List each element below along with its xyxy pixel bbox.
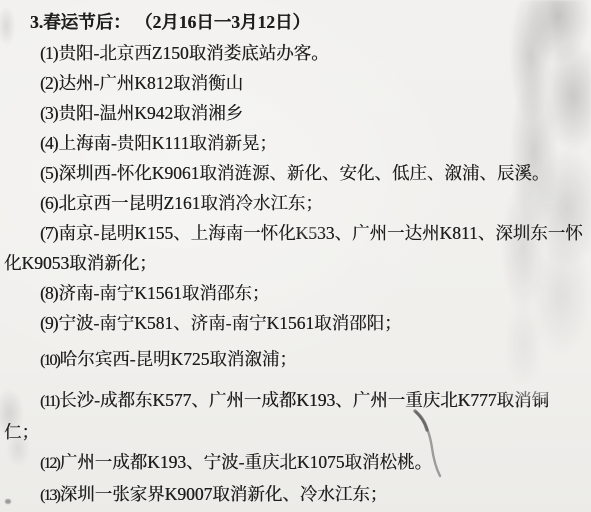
list-item: (10)哈尔宾西-昆明K725取消溆浦；	[4, 344, 583, 376]
item-text: 深圳一张家界K9007取消新化、冷水江东；	[60, 484, 388, 504]
item-text: 济南-南宁K1561取消邵东；	[58, 283, 269, 303]
item-text: 贵阳-温州K942取消湘乡	[58, 103, 243, 123]
list-item: (13)深圳一张家界K9007取消新化、冷水江东；	[4, 479, 583, 511]
item-text: 深圳西-怀化K9061取消涟源、新化、安化、低庄、溆浦、辰溪。	[58, 163, 549, 183]
list-item: (8)济南-南宁K1561取消邵东；	[4, 278, 583, 308]
scanned-document-page: 3.春运节后： （2月16日一3月12日） (1)贵阳-北京西Z150取消娄底站…	[0, 0, 591, 512]
item-text: 宁波-南宁K581、济南-南宁K1561取消邵阳；	[58, 313, 401, 333]
item-number: (11)	[40, 393, 59, 410]
list-item: (5)深圳西-怀化K9061取消涟源、新化、安化、低庄、溆浦、辰溪。	[4, 158, 583, 188]
item-text: 贵阳-北京西Z150取消娄底站办客。	[58, 43, 328, 63]
item-text: 南京-昆明K155、上海南一怀化K533、广州一达州K811、深圳东一怀化K90…	[4, 223, 583, 273]
item-number: (1)	[40, 43, 58, 63]
list-item: (4)上海南-贵阳K111取消新晃；	[4, 128, 583, 158]
cancellation-list: (1)贵阳-北京西Z150取消娄底站办客。 (2)达州-广州K812取消衡山 (…	[4, 38, 583, 511]
item-text: 广州一成都K193、宁波-重庆北K1075取消松桃。	[60, 452, 432, 472]
item-number: (5)	[40, 163, 58, 183]
list-item: (1)贵阳-北京西Z150取消娄底站办客。	[4, 38, 583, 68]
item-text: 长沙-成都东K577、广州一成都K193、广州一重庆北K777取消铜仁；	[4, 390, 549, 442]
item-text: 上海南-贵阳K111取消新晃；	[58, 133, 276, 153]
item-text: 达州-广州K812取消衡山	[58, 73, 243, 93]
item-number: (9)	[40, 313, 58, 333]
item-number: (8)	[40, 283, 58, 303]
item-number: (6)	[40, 193, 58, 213]
item-text: 北京西一昆明Z161取消冷水江东；	[58, 193, 322, 213]
document-content: 3.春运节后： （2月16日一3月12日） (1)贵阳-北京西Z150取消娄底站…	[0, 0, 591, 511]
item-number: (4)	[40, 133, 58, 153]
item-number: (12)	[40, 455, 60, 472]
item-number: (7)	[40, 223, 58, 243]
section-heading: 3.春运节后： （2月16日一3月12日）	[30, 7, 583, 37]
list-item: (6)北京西一昆明Z161取消冷水江东；	[4, 188, 583, 218]
item-number: (3)	[40, 103, 58, 123]
list-item: (2)达州-广州K812取消衡山	[4, 68, 583, 98]
item-number: (10)	[40, 352, 60, 369]
item-number: (13)	[40, 487, 60, 504]
list-item: (11)长沙-成都东K577、广州一成都K193、广州一重庆北K777取消铜仁；	[4, 385, 583, 447]
list-item: (7)南京-昆明K155、上海南一怀化K533、广州一达州K811、深圳东一怀化…	[4, 218, 583, 278]
item-text: 哈尔宾西-昆明K725取消溆浦；	[60, 349, 297, 369]
list-item: (9)宁波-南宁K581、济南-南宁K1561取消邵阳；	[4, 308, 583, 338]
list-item: (3)贵阳-温州K942取消湘乡	[4, 98, 583, 128]
list-item: (12)广州一成都K193、宁波-重庆北K1075取消松桃。	[4, 447, 583, 479]
item-number: (2)	[40, 73, 58, 93]
